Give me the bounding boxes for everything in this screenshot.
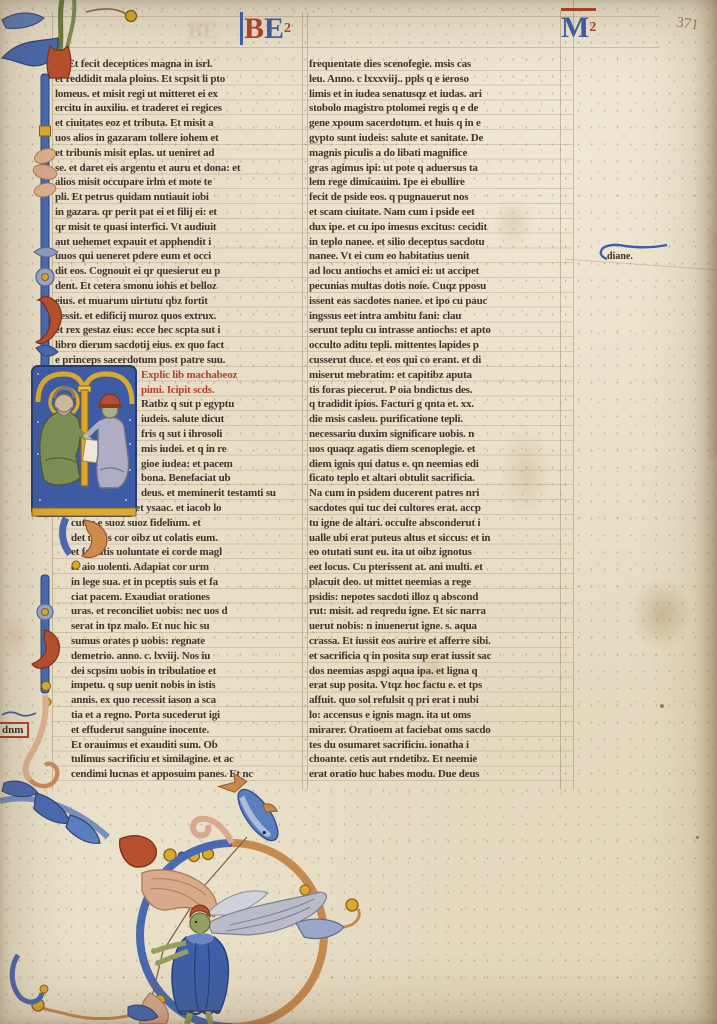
text-line: lem rege dimicauim. Ipe ei ebullire <box>309 175 565 190</box>
text-line: pimi. Icipit scds. <box>141 383 303 398</box>
text-column-right: frequentate dies scenofegie. msis casleu… <box>309 57 565 782</box>
column-block: frequentate dies scenofegie. msis casleu… <box>309 57 565 782</box>
showthrough-text: BE <box>188 18 217 44</box>
running-title-letter: M <box>561 11 589 44</box>
text-line: placuit deo. ut mittet neemias a rege <box>309 575 565 590</box>
text-line: psidis: nepotes sacdoti illoz q abscond <box>309 590 565 605</box>
historiated-initial <box>26 360 144 575</box>
text-line: gene xpoum sacerdotum. et huis q in e <box>309 116 565 131</box>
text-line: ingssus eet intra ambitu fani: clau <box>309 309 565 324</box>
running-title-letter: E <box>264 12 284 45</box>
text-line: eo otutati sunt eu. ita ut oibz ignotus <box>309 545 565 560</box>
text-line: iudeis. salute dicut <box>141 412 303 427</box>
text-line: gras agimus ipi: ut pote q aduersus ta <box>309 161 565 176</box>
ruling-line <box>307 12 308 790</box>
text-line: die msis casleu. purificatione tepli. <box>309 412 565 427</box>
ruling-line <box>573 0 574 790</box>
text-line: dos neemias aspgi aqua ipa. et ligna q <box>309 664 565 679</box>
running-title-letter: B <box>240 12 264 45</box>
margin-note-left: dnm <box>0 722 29 738</box>
text-line: occulto aditu tepli. mittentes lapides p <box>309 338 565 353</box>
text-line: Na cum in psidem ducerent patres nri <box>309 486 565 501</box>
text-line: crassa. Et iussit eos aurire et afferre … <box>309 634 565 649</box>
text-line: uerut nobis: n inuenerut igne. s. aqua <box>309 619 565 634</box>
angel-figure <box>151 891 326 1024</box>
text-line: issent eas sacdotes nanee. et ipo cu pau… <box>309 294 565 309</box>
text-line: erat sup posita. Vtqz hoc factu e. et tp… <box>309 678 565 693</box>
text-line: gioe iudea: et pacem <box>141 457 303 472</box>
text-line: fris q sut i ihrosoli <box>141 427 303 442</box>
text-line: affuit. quo sol refulsit q pri erat i nu… <box>309 693 565 708</box>
text-line: tes du osumaret sacrificiu. ionatha i <box>309 738 565 753</box>
text-line: tis foras piecerut. P oia bndictus des. <box>309 383 565 398</box>
text-line: et sacrificia q in posita sup erat iussi… <box>309 649 565 664</box>
text-line: Explic lib machabeoz <box>141 368 303 383</box>
text-line: sacdotes qui tuc dei cultores erat. accp <box>309 501 565 516</box>
ink-speck <box>660 704 664 708</box>
text-line: bona. Benefaciat ub <box>141 471 303 486</box>
text-line: lo: accensus e ignis magn. ita ut oms <box>309 708 565 723</box>
text-line: diem ignis qui datus e. qn neemias edi <box>309 457 565 472</box>
text-line: necessariu duxim significare uobis. n <box>309 427 565 442</box>
text-line: serunt teplu cu intrasse antiochs: et ap… <box>309 323 565 338</box>
text-line: et scam ciuitate. Nam cum i pside eet <box>309 205 565 220</box>
text-line: eet locus. Cu pterissent at. ani multi. … <box>309 560 565 575</box>
red-flourish: 2 <box>284 21 291 36</box>
blue-squiggle-icon <box>2 710 36 718</box>
text-line: choante. cetis aut rndetibz. Et neemie <box>309 752 565 767</box>
page-edge-shadow <box>695 0 717 1024</box>
text-line: mirarer. Oratioem at faciebat oms sacdo <box>309 723 565 738</box>
text-line: q tradidit ipios. Facturi g qnta et. xx. <box>309 397 565 412</box>
text-line: miserut mebratim: et capitibz aputa <box>309 368 565 383</box>
text-line: rut: misit. ad reqredu igne. Et sic narr… <box>309 604 565 619</box>
running-title-right: M2 <box>561 8 596 45</box>
text-line: ficato teplo et altari obtulit sacrifici… <box>309 471 565 486</box>
running-title-left: BE2 <box>240 12 291 46</box>
bas-de-page-ornament <box>0 775 450 1024</box>
margin-note-right: diane. <box>595 243 675 269</box>
red-flourish: 2 <box>589 20 596 35</box>
text-line: nanee. Vt ei cum eo habitatius uenit <box>309 249 565 264</box>
text-line: frequentate dies scenofegie. msis cas <box>309 57 565 72</box>
text-line: mis iudei. et q in re <box>141 442 303 457</box>
manuscript-page: BE BE2 M2 371 ei. Et fecit deceptices ma… <box>0 0 717 1024</box>
text-line: dux ipe. et cu ipo imesus excitus: cecid… <box>309 220 565 235</box>
text-line: deus. et meminerit testamti su <box>141 486 303 501</box>
text-line: uos quaqz agatis diem scenoplegie. et <box>309 442 565 457</box>
parchment-stain <box>630 578 692 650</box>
text-line: stobolo magistro ptolomei regis q e de <box>309 101 565 116</box>
text-line: gypto sunt iudeis: salute et sanitate. D… <box>309 131 565 146</box>
text-line: ualle ubi erat puteus altus et siccus: e… <box>309 531 565 546</box>
text-line: tu igne de altari. occulte absconderut i <box>309 516 565 531</box>
text-line: in teplo nanee. et silio deceptus sacdot… <box>309 235 565 250</box>
text-line: magnis piculis a do libati magnifice <box>309 146 565 161</box>
text-line: fecit de pside eos. q pugnauerut nos <box>309 190 565 205</box>
text-line: ad locu antiochs et amici ei: ut accipet <box>309 264 565 279</box>
text-line: leu. Anno. c lxxxviij.. ppls q e ieroso <box>309 72 565 87</box>
text-line: limis et in iudea senatusqz et iudas. ar… <box>309 87 565 102</box>
margin-note-text: diane. <box>607 251 633 262</box>
text-line: Ratbz q sut p egyptu <box>141 397 303 412</box>
text-line: cusserut duce. et eos qui co erant. et d… <box>309 353 565 368</box>
text-line: pecunias multas dotis noie. Cuqz pposu <box>309 279 565 294</box>
